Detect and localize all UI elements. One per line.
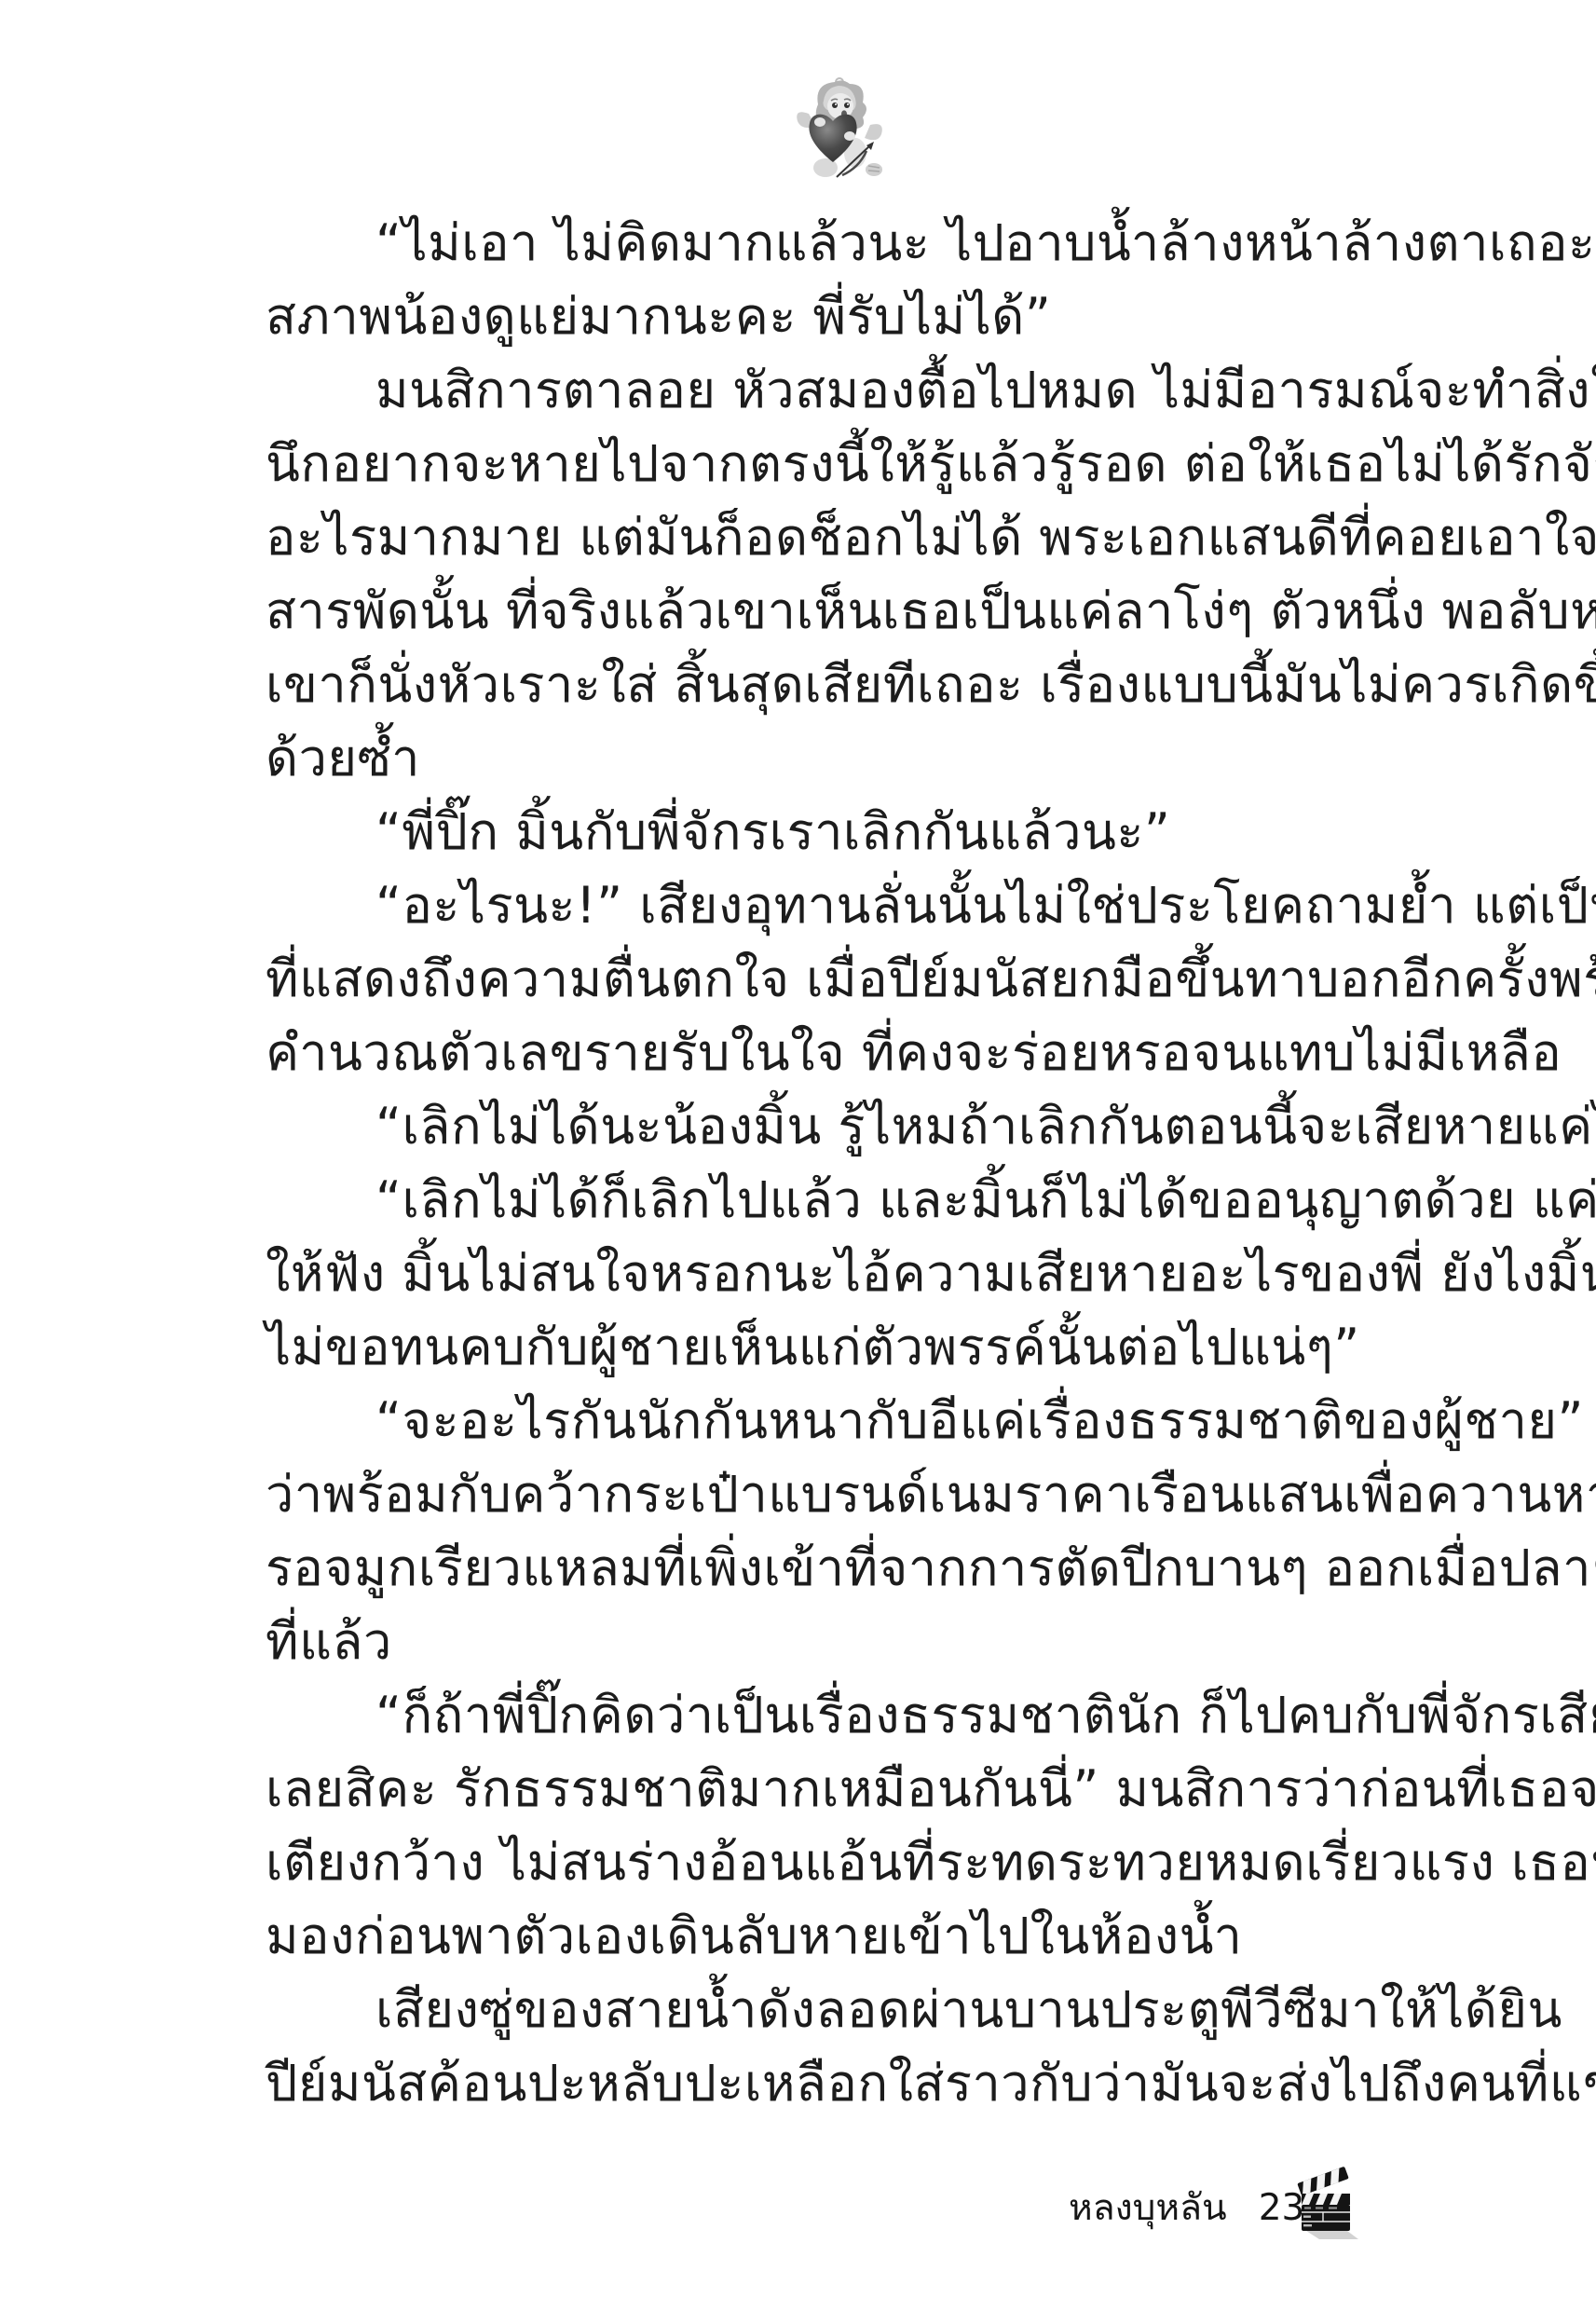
text-line: “เลิกไม่ได้นะน้องมิ้น รู้ไหมถ้าเลิกกันตอ… — [266, 1089, 1412, 1163]
text-line: สารพัดนั้น ที่จริงแล้วเขาเห็นเธอเป็นแค่ล… — [266, 574, 1412, 648]
text-line: มนสิการตาลอย หัวสมองตื้อไปหมด ไม่มีอารมณ… — [266, 353, 1412, 427]
text-line: อะไรมากมาย แต่มันก็อดช็อกไม่ได้ พระเอกแส… — [266, 500, 1412, 574]
page-footer: หลงบุหลัน 23 — [1069, 2186, 1304, 2231]
cupid-heart-image — [788, 76, 889, 181]
text-line: ที่แสดงถึงความตื่นตกใจ เมื่อปีย์มนัสยกมื… — [266, 942, 1412, 1016]
text-line: “ไม่เอา ไม่คิดมากแล้วนะ ไปอาบน้ำล้างหน้า… — [266, 206, 1412, 280]
clapperboard-icon — [1291, 2164, 1360, 2242]
text-line: ให้ฟัง มิ้นไม่สนใจหรอกนะไอ้ความเสียหายอะ… — [266, 1237, 1412, 1310]
text-line: ปีย์มนัสค้อนปะหลับปะเหลือกใส่ราวกับว่ามั… — [266, 2046, 1412, 2120]
text-line: เตียงกว้าง ไม่สนร่างอ้อนแอ้นที่ระทดระทวย… — [266, 1826, 1412, 1899]
text-line: ด้วยซ้ำ — [266, 721, 1412, 795]
text-line: “อะไรนะ!” เสียงอุทานลั่นนั้นไม่ใช่ประโยค… — [266, 868, 1412, 942]
text-line: ว่าพร้อมกับคว้ากระเป๋าแบรนด์เนมราคาเรือน… — [266, 1457, 1412, 1531]
text-line: “ก็ถ้าพี่ปิ๊กคิดว่าเป็นเรื่องธรรมชาตินัก… — [266, 1678, 1412, 1752]
text-line: เสียงซู่ของสายน้ำดังลอดผ่านบานประตูพีวีซ… — [266, 1973, 1412, 2046]
text-line: “จะอะไรกันนักกันหนากับอีแค่เรื่องธรรมชาต… — [266, 1384, 1412, 1457]
text-line: นึกอยากจะหายไปจากตรงนี้ให้รู้แล้วรู้รอด … — [266, 427, 1412, 500]
text-line: ไม่ขอทนคบกับผู้ชายเห็นแก่ตัวพรรค์นั้นต่อ… — [266, 1310, 1412, 1384]
text-line: คำนวณตัวเลขรายรับในใจ ที่คงจะร่อยหรอจนแท… — [266, 1016, 1412, 1089]
text-line: สภาพน้องดูแย่มากนะคะ พี่รับไม่ได้” — [266, 280, 1412, 353]
text-line: มองก่อนพาตัวเองเดินลับหายเข้าไปในห้องน้ำ — [266, 1899, 1412, 1973]
text-line: “เลิกไม่ได้ก็เลิกไปแล้ว และมิ้นก็ไม่ได้ข… — [266, 1163, 1412, 1237]
text-line: เขาก็นั่งหัวเราะใส่ สิ้นสุดเสียทีเถอะ เร… — [266, 648, 1412, 721]
book-page: “ไม่เอา ไม่คิดมากแล้วนะ ไปอาบน้ำล้างหน้า… — [0, 0, 1596, 2311]
text-line: รอจมูกเรียวแหลมที่เพิ่งเข้าที่จากการตัดป… — [266, 1531, 1412, 1605]
text-line: เลยสิคะ รักธรรมชาติมากเหมือนกันนี่” มนสิ… — [266, 1752, 1412, 1826]
book-title: หลงบุหลัน — [1069, 2186, 1227, 2231]
text-line: ที่แล้ว — [266, 1605, 1412, 1678]
page-text: “ไม่เอา ไม่คิดมากแล้วนะ ไปอาบน้ำล้างหน้า… — [266, 206, 1412, 2120]
text-line: “พี่ปิ๊ก มิ้นกับพี่จักรเราเลิกกันแล้วนะ” — [266, 795, 1412, 868]
